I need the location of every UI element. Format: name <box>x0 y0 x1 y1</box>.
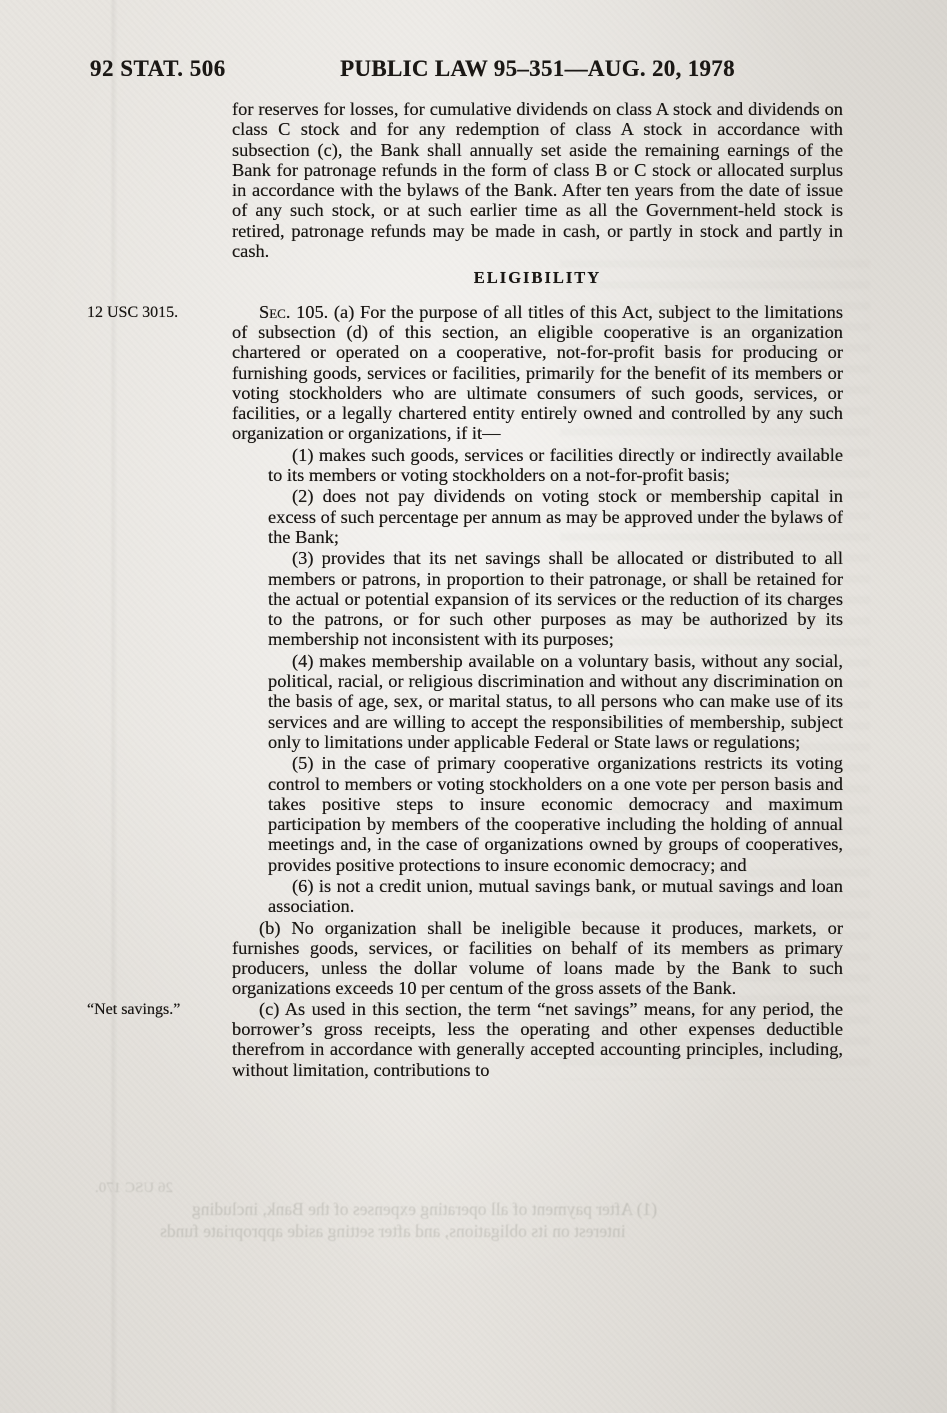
sec-105a-text: (a) For the purpose of all titles of thi… <box>232 302 843 444</box>
page-number-stat-label: 92 STAT. 506 <box>90 56 226 82</box>
clause-5: (5) in the case of primary cooperative o… <box>268 753 843 875</box>
bleedthrough-line-2: interest on its obligations, and after s… <box>160 1221 626 1242</box>
continuation-paragraph: for reserves for losses, for cumulative … <box>232 99 843 261</box>
subsection-c-paragraph: (c) As used in this section, the term “n… <box>232 999 843 1080</box>
statute-text-column: for reserves for losses, for cumulative … <box>232 99 843 1080</box>
clause-6: (6) is not a credit union, mutual saving… <box>268 876 843 917</box>
bleedthrough-margin-note: 26 USC 170. <box>95 1180 173 1197</box>
clause-1: (1) makes such goods, services or facili… <box>268 445 843 486</box>
margin-note-net-savings: “Net savings.” <box>87 1001 225 1019</box>
margin-note-usc-citation: 12 USC 3015. <box>87 304 225 322</box>
subsection-b-paragraph: (b) No organization shall be ineligible … <box>232 918 843 999</box>
section-heading-eligibility: ELIGIBILITY <box>232 268 843 288</box>
statute-page-scan: 92 STAT. 506 PUBLIC LAW 95–351—AUG. 20, … <box>0 0 947 1413</box>
clause-4: (4) makes membership available on a volu… <box>268 651 843 752</box>
sec-105a-paragraph: Sec. 105. (a) For the purpose of all tit… <box>232 302 843 444</box>
bleedthrough-line-1: (1) After payment of all operating expen… <box>192 1199 657 1220</box>
running-head-law-title: PUBLIC LAW 95–351—AUG. 20, 1978 <box>232 56 843 82</box>
clause-3: (3) provides that its net savings shall … <box>268 548 843 649</box>
sec-105-label: Sec. 105. <box>259 302 328 322</box>
clause-2: (2) does not pay dividends on voting sto… <box>268 486 843 547</box>
